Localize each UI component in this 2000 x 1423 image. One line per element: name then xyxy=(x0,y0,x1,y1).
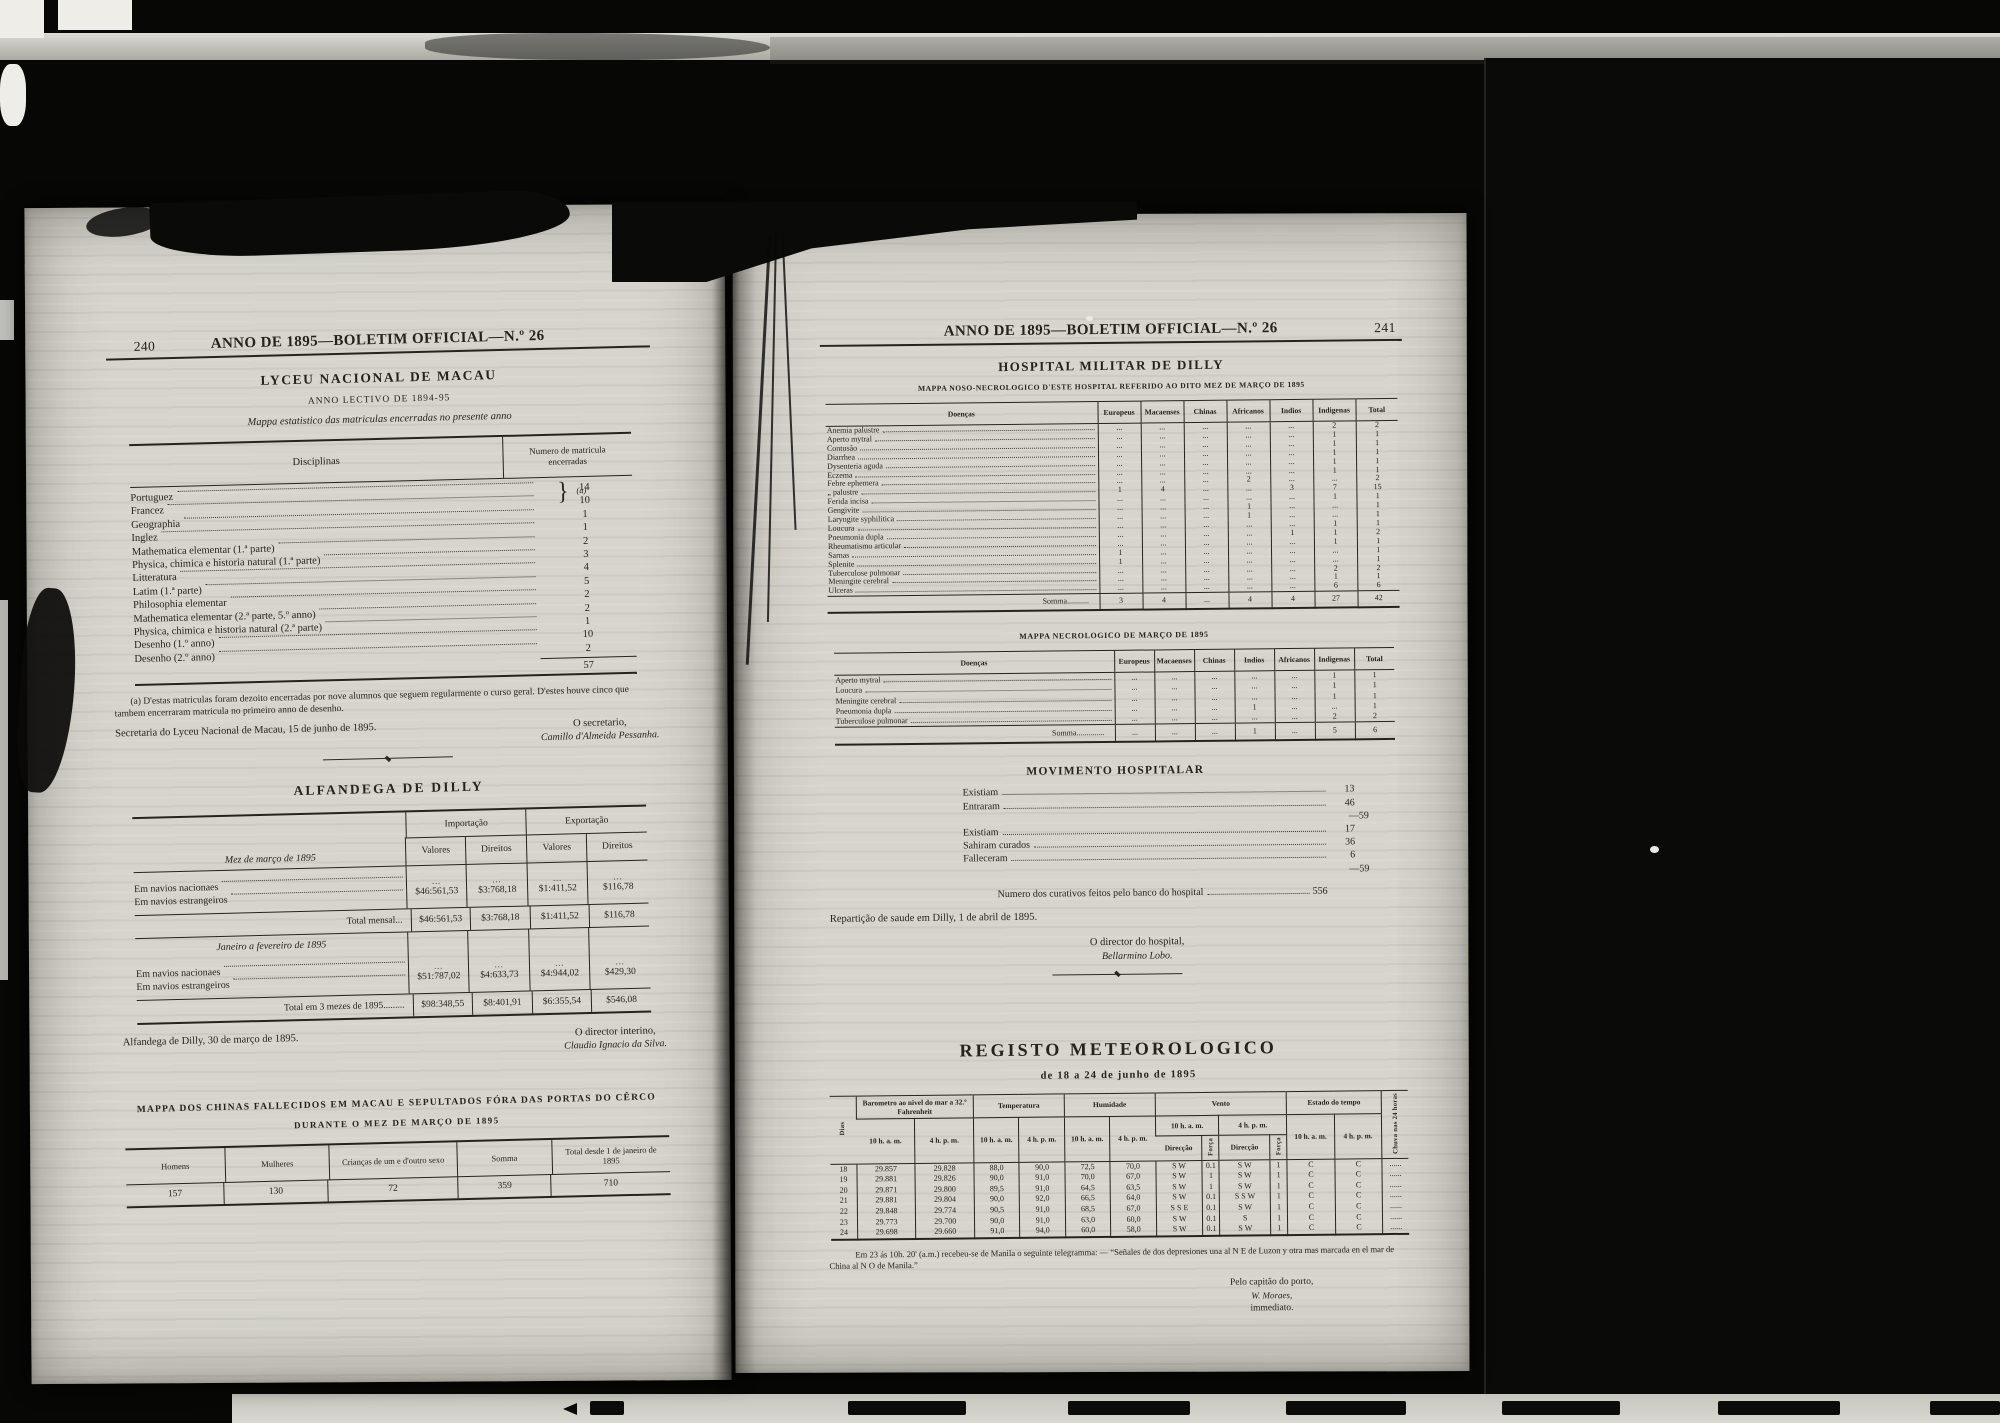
count-macaenses: ... xyxy=(1154,682,1194,693)
barometro-4h: 29.700 xyxy=(916,1216,975,1227)
chuva: ...... xyxy=(1382,1158,1408,1169)
count-indigenas: ... xyxy=(1315,701,1355,712)
leader-dots xyxy=(899,699,1111,702)
humidade-10h: 66,5 xyxy=(1065,1193,1111,1204)
temperatura-4h: 90,0 xyxy=(1019,1162,1065,1174)
col-total: Total xyxy=(1354,648,1394,670)
cell-value: $51:787,02 xyxy=(417,971,460,982)
col-dias: Dias xyxy=(830,1096,857,1164)
barometro-10h: 29.848 xyxy=(857,1206,916,1217)
barometro-4h: 29.828 xyxy=(915,1163,974,1175)
count-indios: ... xyxy=(1234,671,1274,682)
estado-10h: C xyxy=(1287,1159,1335,1171)
leader-dots xyxy=(882,483,1095,486)
estado-10h: C xyxy=(1287,1191,1335,1202)
count-europeus: ... xyxy=(1114,683,1154,694)
right-page: ANNO DE 1895—BOLETIM OFFICIAL—N.º 26 241… xyxy=(732,213,1469,1373)
cell-value: $429,30 xyxy=(605,967,636,978)
necrologico-subtitle: MAPPA NECROLOGICO DE MARÇO DE 1895 xyxy=(823,628,1405,643)
lyceu-signature: O secretario, Camillo d'Almeida Pessanha… xyxy=(540,715,659,744)
col-indios: Indios xyxy=(1234,649,1274,671)
movimento-value: —59 xyxy=(1343,809,1369,822)
dia: 18 xyxy=(830,1164,856,1175)
count-africanos: ... xyxy=(1274,670,1314,681)
vento-forca-10h: 0.1 xyxy=(1203,1213,1220,1224)
barometro-4h: 29.660 xyxy=(916,1227,975,1239)
film-white-patch xyxy=(58,0,132,30)
count-indios: ... xyxy=(1234,692,1274,703)
leader-dots xyxy=(857,527,1095,530)
col-indigenas: Indigenas xyxy=(1312,399,1355,421)
leader-dots xyxy=(857,563,1095,566)
col-forca: Força xyxy=(1202,1135,1219,1160)
movimento-label: Sahiram curados xyxy=(963,839,1030,853)
somma-label: Somma.............. xyxy=(835,725,1115,746)
col-chinas: Chinas xyxy=(1183,400,1226,422)
vento-forca-10h: 1 xyxy=(1202,1182,1219,1193)
count-africanos: ... xyxy=(1275,712,1315,723)
vento-direccao-4h: S xyxy=(1220,1213,1271,1224)
value-cell: $6:355,54 xyxy=(531,990,591,1013)
estado-4h: C xyxy=(1335,1222,1383,1234)
cell-ellipsis: ... xyxy=(553,874,562,884)
lyceu-subtitle: ANNO LECTIVO DE 1894-95 xyxy=(107,388,651,411)
leader-dots xyxy=(886,465,1095,468)
movimento-label: Existiam xyxy=(963,826,999,840)
temperatura-4h: 91,0 xyxy=(1020,1204,1066,1215)
chuva: ...... xyxy=(1382,1180,1408,1191)
count-chinas: ... xyxy=(1195,702,1235,713)
somma-africanos: 4 xyxy=(1228,592,1271,609)
count-chinas: ... xyxy=(1194,682,1234,693)
lyceu-dateline: Secretaria do Lyceu Nacional de Macau, 1… xyxy=(115,722,376,739)
cell-value: $4:944,02 xyxy=(541,969,579,980)
count-europeus: ... xyxy=(1115,693,1155,704)
meteo-signature: Pelo capitão do porto, W. Moraes, immedi… xyxy=(1152,1275,1392,1316)
col-doencas: Doenças xyxy=(825,402,1097,427)
temperatura-10h: 89,5 xyxy=(974,1184,1020,1195)
hospital-subtitle: MAPPA NOSO-NECROLOGICO D'ESTE HOSPITAL R… xyxy=(820,379,1402,394)
discipline-label: Inglez xyxy=(131,532,158,546)
meteo-table: Dias Barometro ao nivel do mar a 32.º Fa… xyxy=(830,1090,1409,1241)
footnote-ref: (a) xyxy=(576,485,586,495)
somma-total: 6 xyxy=(1355,722,1395,740)
meteo-title: REGISTO METEOROLOGICO xyxy=(827,1036,1409,1063)
temperatura-4h: 91,0 xyxy=(1019,1173,1065,1184)
count-africanos: ... xyxy=(1274,691,1314,702)
disease-label: Tuberculose pulmonar xyxy=(836,716,908,727)
dia: 19 xyxy=(831,1175,857,1186)
count-chinas: ... xyxy=(1195,692,1235,703)
value-cell: ...$4:944,02 xyxy=(529,947,591,990)
disease-label: Meningite cerebral xyxy=(836,696,897,707)
barometro-10h: 29.698 xyxy=(857,1227,916,1239)
somma-europeus: ... xyxy=(1115,724,1155,742)
leader-dots xyxy=(222,877,402,882)
film-edge-line xyxy=(1484,58,1486,1394)
leader-dots xyxy=(858,456,1095,459)
film-smudge xyxy=(425,33,770,60)
discipline-label: Francez xyxy=(131,505,165,519)
temperatura-10h: 90,0 xyxy=(974,1216,1020,1227)
sub-4h: 4 h. p. m. xyxy=(1110,1116,1156,1161)
somma-europeus: 3 xyxy=(1099,593,1142,610)
vento-10h: 10 h. a. m. xyxy=(1155,1115,1219,1136)
col-humidade: Humidade xyxy=(1064,1093,1155,1117)
alfandega-table: Mez de março de 1895 Importação Exportaç… xyxy=(132,805,651,1025)
leader-dots xyxy=(903,572,1096,575)
count-indigenas: 6 xyxy=(1314,582,1357,592)
vento-forca-10h: 0.1 xyxy=(1202,1160,1219,1171)
col-indios: Indios xyxy=(1269,399,1312,421)
somma-label: Somma........... xyxy=(827,594,1099,613)
meteo-footnote: Em 23 ás 10h. 20' (a.m.) recebeu-se de M… xyxy=(829,1244,1411,1273)
cell-ellipsis: ... xyxy=(614,872,623,882)
subcol-direitos: Direitos xyxy=(465,835,526,864)
film-marker xyxy=(1718,1401,1840,1415)
cell-value: $1:411,52 xyxy=(539,884,577,895)
temperatura-10h: 88,0 xyxy=(974,1162,1020,1174)
curativos-label: Numero dos curativos feitos pelo banco d… xyxy=(998,887,1204,900)
barometro-10h: 29.881 xyxy=(857,1195,916,1206)
estado-4h: C xyxy=(1335,1180,1383,1191)
movimento-value: 36 xyxy=(1329,836,1355,849)
humidade-4h: 64,0 xyxy=(1111,1193,1157,1204)
count-macaenses: ... xyxy=(1155,703,1195,714)
disease-label: Aperto mytral xyxy=(835,675,880,686)
meteo-subtitle: de 18 a 24 de junho de 1895 xyxy=(827,1067,1409,1084)
film-marker xyxy=(1930,1401,2000,1415)
left-page: 240 ANNO DE 1895—BOLETIM OFFICIAL—N.º 26… xyxy=(24,204,731,1384)
col-total: Total xyxy=(1355,398,1397,420)
barometro-4h: 29.800 xyxy=(916,1184,975,1195)
col-chuva: Chuva nas 24 horas xyxy=(1381,1090,1408,1158)
vento-forca-4h: 1 xyxy=(1270,1202,1287,1213)
somma-chinas: ... xyxy=(1195,723,1235,741)
signature-role: O director interino, xyxy=(575,1026,656,1039)
movimento-value: 17 xyxy=(1329,822,1355,835)
page-number-right: 241 xyxy=(1374,320,1396,336)
cell-value: $46:561,53 xyxy=(419,914,462,925)
leader-dots xyxy=(892,580,1096,583)
film-marker-arrow xyxy=(563,1403,577,1415)
barometro-10h: 29.857 xyxy=(857,1163,916,1175)
vento-direccao-10h: S W xyxy=(1156,1171,1203,1182)
leader-dots xyxy=(875,438,1094,441)
value-cell: ...$46:561,53 xyxy=(405,865,467,908)
value-cell: ...$429,30 xyxy=(589,946,651,989)
estado-4h: C xyxy=(1335,1212,1383,1223)
movimento-label: Existiam xyxy=(962,786,998,800)
group-exportacao: Exportação xyxy=(526,807,647,835)
leader-dots xyxy=(872,500,1095,503)
discipline-label: Portuguez xyxy=(130,491,173,505)
chinas-title: MAPPA DOS CHINAS FALLECIDOS EM MACAU E S… xyxy=(124,1092,668,1115)
curativos-value: 556 xyxy=(1313,885,1328,896)
leader-dots xyxy=(1004,804,1326,808)
chuva: ...... xyxy=(1382,1201,1408,1212)
humidade-4h: 67,0 xyxy=(1110,1172,1156,1183)
movimento-value: —59 xyxy=(1343,862,1369,875)
leader-dots xyxy=(911,720,1112,723)
lyceu-footnote: (a) D'estas matriculas foram dezoito enc… xyxy=(114,684,658,721)
movimento-line: —59 xyxy=(963,862,1355,879)
humidade-10h: 64,5 xyxy=(1065,1183,1111,1194)
count-chinas: ... xyxy=(1185,583,1228,593)
movimento-list: Existiam 13 Entraram 46 —59 Existiam 17 … xyxy=(962,783,1355,880)
estado-10h: 10 h. a. m. xyxy=(1287,1114,1335,1159)
microfilm-scan: { "left_page": { "page_number": "240", "… xyxy=(0,0,2000,1423)
vento-direccao-10h: S W xyxy=(1156,1214,1203,1225)
vento-forca-10h: 1 xyxy=(1202,1171,1219,1182)
somma-indios: 1 xyxy=(1235,723,1275,741)
leader-dots xyxy=(856,589,1096,593)
sub-4h: 4 h. p. m. xyxy=(1019,1117,1065,1162)
vento-forca-4h: 1 xyxy=(1270,1170,1287,1181)
cell-value: $3:768,18 xyxy=(481,913,519,924)
col-africanos: Africanos xyxy=(1226,400,1269,422)
masthead-title: ANNO DE 1895—BOLETIM OFFICIAL—N.º 26 xyxy=(944,320,1278,339)
vento-forca-4h: 1 xyxy=(1270,1159,1287,1170)
barometro-4h: 29.774 xyxy=(916,1205,975,1216)
disease-label: Pneumonia dupla xyxy=(836,706,892,717)
vento-direccao-4h: S W xyxy=(1219,1171,1270,1182)
vento-direccao-10h: S W xyxy=(1156,1192,1203,1203)
temperatura-4h: 92,0 xyxy=(1020,1194,1066,1205)
movimento-value: 6 xyxy=(1329,849,1355,862)
count-total: 6 xyxy=(1357,581,1399,591)
count-total: 2 xyxy=(1355,711,1395,722)
film-marker xyxy=(1286,1401,1406,1415)
film-speck xyxy=(1650,846,1659,853)
chinas-col-header: Somma xyxy=(456,1140,552,1177)
leader-dots xyxy=(1003,831,1326,835)
col-numero: Numero de matricula encerradas xyxy=(502,434,632,478)
estado-10h: C xyxy=(1288,1223,1336,1235)
film-right-area xyxy=(1486,58,2000,1394)
col-estado-tempo: Estado do tempo xyxy=(1286,1090,1381,1114)
vento-direccao-10h: S W xyxy=(1156,1224,1203,1236)
count-europeus: ... xyxy=(1114,672,1154,683)
somma-macaenses: ... xyxy=(1155,724,1195,742)
count-chinas: ... xyxy=(1195,713,1235,724)
count-indigenas: 2 xyxy=(1315,711,1355,722)
sub-10h: 10 h. a. m. xyxy=(1064,1116,1110,1161)
value-cell: ...$3:768,18 xyxy=(466,864,528,907)
curativos-line: Numero dos curativos feitos pelo banco d… xyxy=(998,885,1328,899)
col-macaenses: Macaenses xyxy=(1140,401,1183,423)
count-total: 1 xyxy=(1355,701,1395,712)
temperatura-4h: 91,0 xyxy=(1020,1215,1066,1226)
leader-dots xyxy=(882,429,1094,432)
value-cell: $46:561,53 xyxy=(410,908,470,931)
count-indios: 1 xyxy=(1235,702,1275,713)
matriculas-table: Disciplinas Numero de matricula encerrad… xyxy=(129,432,637,686)
barometro-4h: 29.826 xyxy=(915,1174,974,1185)
chinas-col-value: 710 xyxy=(550,1172,670,1196)
dia: 20 xyxy=(831,1185,857,1196)
dia: 21 xyxy=(831,1196,857,1207)
alfandega-body: Em navios nacionaes Em navios estrangeir… xyxy=(134,860,652,1024)
col-temperatura: Temperatura xyxy=(973,1094,1064,1118)
somma-chinas: ... xyxy=(1185,592,1228,609)
discipline-label: Desenho (2.º anno) xyxy=(134,651,215,666)
col-doencas: Doenças xyxy=(834,650,1114,675)
cell-ellipsis: ... xyxy=(616,957,625,967)
estado-4h: C xyxy=(1335,1201,1383,1212)
reparticao-dateline: Repartição de saude em Dilly, 1 de abril… xyxy=(830,908,1408,925)
value-cell: $98:348,55 xyxy=(412,993,472,1016)
movimento-value: 13 xyxy=(1328,783,1354,796)
lyceu-title: LYCEU NACIONAL DE MACAU xyxy=(106,363,650,392)
value-cell: $116,78 xyxy=(589,904,649,927)
group-importacao: Importação xyxy=(405,810,526,838)
matriculas-rows: Portuguez 14 Francez 10 Geographia 1 Ing… xyxy=(130,476,636,668)
count-total: 1 xyxy=(1354,670,1394,681)
chinas-col-header: Total desde 1 de janeiro de 1895 xyxy=(551,1137,670,1175)
signature-title: immediato. xyxy=(1250,1303,1293,1313)
col-europeus: Europeus xyxy=(1097,401,1140,423)
cell-ellipsis: ... xyxy=(432,877,441,887)
col-europeus: Europeus xyxy=(1114,650,1154,672)
col-africanos: Africanos xyxy=(1274,648,1314,670)
count-indigenas: 1 xyxy=(1314,691,1354,702)
chuva: ...... xyxy=(1383,1211,1409,1222)
humidade-4h: 70,0 xyxy=(1110,1161,1156,1173)
col-direccao: Direcção xyxy=(1155,1135,1202,1160)
vento-direccao-4h: S W xyxy=(1219,1159,1270,1171)
sub-10h: 10 h. a. m. xyxy=(973,1117,1019,1162)
movimento-value: 46 xyxy=(1329,796,1355,809)
cell-value: $1:411,52 xyxy=(541,912,579,923)
count-macaenses: ... xyxy=(1155,713,1195,724)
cell-value: $116,78 xyxy=(604,910,635,921)
temperatura-4h: 94,0 xyxy=(1020,1226,1066,1238)
film-speck xyxy=(1086,316,1093,321)
signature-name: Bellarmino Lobo. xyxy=(1102,950,1173,962)
count-macaenses: ... xyxy=(1155,693,1195,704)
count-europeus: ... xyxy=(1115,713,1155,724)
vento-direccao-10h: S S E xyxy=(1156,1203,1203,1214)
leader-dots xyxy=(852,554,1095,558)
cell-value: $6:355,54 xyxy=(543,996,581,1007)
dia: 24 xyxy=(831,1228,857,1240)
humidade-10h: 72,5 xyxy=(1065,1161,1111,1173)
film-marker xyxy=(1068,1401,1190,1415)
signature-name: Camillo d'Almeida Pessanha. xyxy=(541,729,660,743)
noso-necrologico-table: Doenças Europeus Macaenses Chinas Africa… xyxy=(825,398,1399,614)
page-gutter-shadow xyxy=(712,200,756,1386)
count-indios: ... xyxy=(1235,712,1275,723)
cell-value: $116,78 xyxy=(603,882,634,893)
somma-indigenas: 5 xyxy=(1315,722,1355,740)
signature-role: O director do hospital, xyxy=(1090,936,1185,948)
alfandega-signature: O director interino, Claudio Ignacio da … xyxy=(564,1024,667,1053)
count-indigenas: 1 xyxy=(1314,670,1354,681)
movimento-label: Falleceram xyxy=(963,852,1008,866)
leader-dots xyxy=(861,491,1095,494)
vento-direccao-4h: S W xyxy=(1220,1224,1271,1236)
count-total: 1 xyxy=(1354,690,1394,701)
film-white-patch xyxy=(0,0,44,38)
leader-dots xyxy=(897,518,1095,521)
right-page-content: ANNO DE 1895—BOLETIM OFFICIAL—N.º 26 241… xyxy=(733,210,1479,1321)
subcol-valores: Valores xyxy=(526,833,587,862)
leader-dots xyxy=(865,689,1111,693)
leader-dots xyxy=(1207,893,1309,895)
vento-direccao-10h: S W xyxy=(1156,1160,1203,1172)
chinas-col-header: Crianças de um e d'outro sexo xyxy=(329,1143,457,1181)
chinas-col-header: Mulheres xyxy=(224,1146,329,1184)
vento-forca-10h: 0.1 xyxy=(1203,1192,1220,1203)
leader-dots xyxy=(1002,791,1325,795)
alfandega-signature-row: Alfandega de Dilly, 30 de março de 1895.… xyxy=(123,1024,667,1063)
subcol-direitos: Direitos xyxy=(586,832,647,861)
estado-10h: C xyxy=(1288,1202,1336,1213)
humidade-4h: 67,0 xyxy=(1111,1204,1157,1215)
cell-value: $46:561,53 xyxy=(415,886,458,897)
vento-4h: 4 h. p. m. xyxy=(1219,1114,1287,1135)
value-cell: ...$116,78 xyxy=(587,861,649,904)
humidade-10h: 70,0 xyxy=(1065,1172,1111,1183)
chuva: ...... xyxy=(1382,1169,1408,1180)
estado-10h: C xyxy=(1287,1180,1335,1191)
temperatura-10h: 91,0 xyxy=(975,1226,1021,1238)
estado-4h: C xyxy=(1335,1158,1383,1170)
left-page-content: 240 ANNO DE 1895—BOLETIM OFFICIAL—N.º 26… xyxy=(25,197,749,1210)
vento-direccao-4h: S S W xyxy=(1220,1192,1271,1203)
leader-dots xyxy=(887,536,1096,539)
vento-forca-4h: 1 xyxy=(1270,1181,1287,1192)
col-chinas: Chinas xyxy=(1194,649,1234,671)
temperatura-10h: 90,0 xyxy=(974,1194,1020,1205)
estado-10h: C xyxy=(1287,1170,1335,1181)
count-indios: ... xyxy=(1234,682,1274,693)
row-label: Em navios estrangeiros xyxy=(134,894,228,909)
cell-value: $8:401,91 xyxy=(483,998,521,1009)
vento-direccao-4h: S W xyxy=(1220,1181,1271,1192)
count-africanos: ... xyxy=(1274,681,1314,692)
row-label: Em navios estrangeiros xyxy=(136,979,230,994)
temperatura-10h: 90,5 xyxy=(974,1205,1020,1216)
value-cell: $1:411,52 xyxy=(529,905,589,928)
sub-10h: 10 h. a. m. xyxy=(856,1118,915,1164)
signature-name: Claudio Ignacio da Silva. xyxy=(564,1038,667,1052)
chinas-col-header: Homens xyxy=(125,1148,225,1185)
vento-forca-4h: 1 xyxy=(1270,1213,1287,1224)
col-vento: Vento xyxy=(1155,1091,1287,1115)
chinas-table: HomensMulheresCrianças de um e d'outro s… xyxy=(125,1135,670,1208)
film-top-band xyxy=(0,33,2000,60)
barometro-10h: 29.871 xyxy=(857,1185,916,1196)
brace-glyph: } xyxy=(557,478,569,504)
vento-forca-10h: 0.1 xyxy=(1203,1224,1220,1236)
chuva: ...... xyxy=(1383,1222,1409,1234)
barometro-10h: 29.881 xyxy=(857,1174,916,1185)
humidade-10h: 60,0 xyxy=(1065,1225,1111,1237)
estado-4h: C xyxy=(1335,1191,1383,1202)
section-tailpiece xyxy=(323,757,453,761)
dia: 22 xyxy=(831,1207,857,1218)
cell-value: $546,08 xyxy=(606,995,637,1006)
col-indigenas: Indigenas xyxy=(1314,648,1354,670)
hospital-title: HOSPITAL MILITAR DE DILLY xyxy=(820,355,1402,377)
count-chinas: ... xyxy=(1194,671,1234,682)
estado-10h: C xyxy=(1288,1212,1336,1223)
film-marker xyxy=(590,1401,624,1415)
leader-dots xyxy=(1012,857,1327,861)
estado-4h: C xyxy=(1335,1169,1383,1180)
